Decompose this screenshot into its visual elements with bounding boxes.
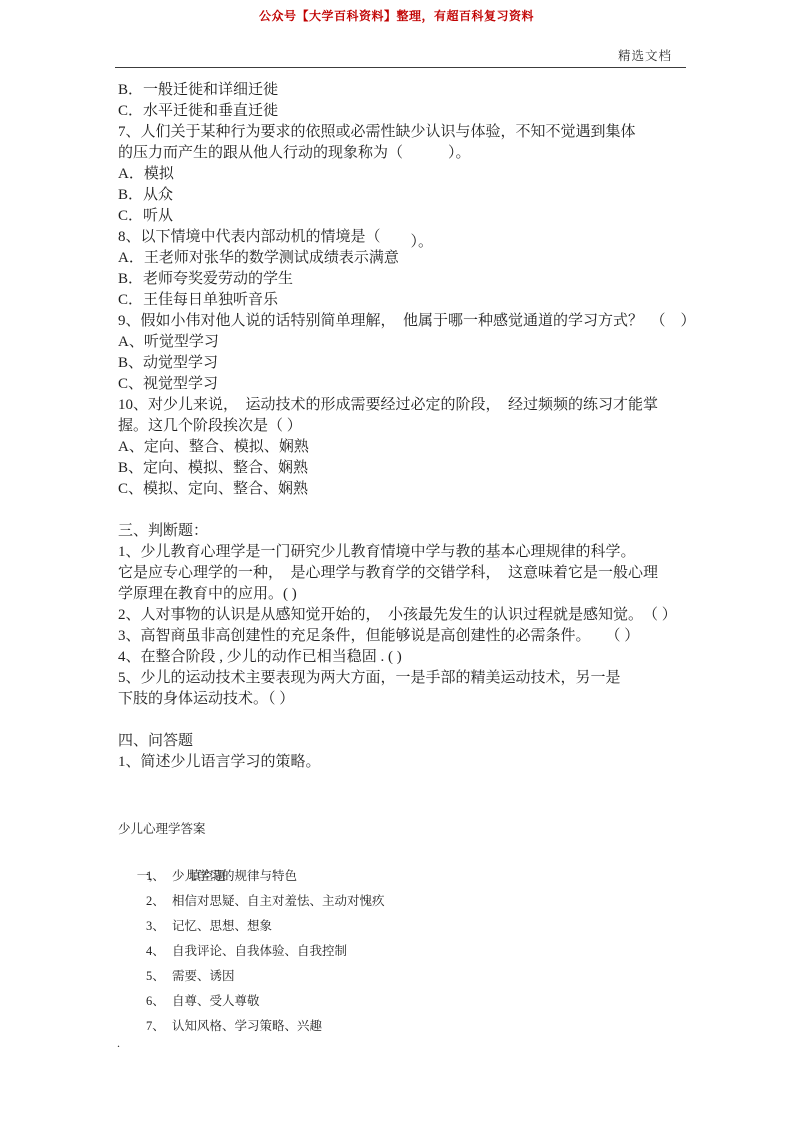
text-line: C．王佳每日单独听音乐 [118,290,708,311]
answers-section-heading: 一,填空题 [118,840,678,864]
answer-item: 1、少儿学习的规律与特色 [118,864,678,889]
header-divider [115,67,686,68]
answer-item-text: 认知风格、学习策略、兴趣 [172,1019,322,1033]
answer-item-text: 自尊、受人尊敬 [172,994,260,1008]
text-line: 10、对少儿来说， 运动技术的形成需要经过必定的阶段， 经过频频的练习才能掌 [118,395,708,416]
dropped-text: ）。 [411,232,434,253]
text-line: C、模拟、定向、整合、娴熟 [118,479,708,500]
answer-item-number: 6、 [146,989,172,1014]
answer-item-text: 需要、诱因 [172,969,235,983]
text-line: 四、问答题 [118,731,708,752]
answer-item-number: 5、 [146,964,172,989]
answer-item-text: 相信对思疑、自主对羞怯、主动对愧疚 [172,894,385,908]
text-line: 8、以下情境中代表内部动机的情境是（）。 [118,227,708,248]
text-line: 三、判断题： [118,521,708,542]
text-line: 2、人对事物的认识是从感知觉开始的， 小孩最先发生的认识过程就是感知觉。 （ ） [118,605,708,626]
blank-line [118,500,708,521]
answer-item-number: 7、 [146,1014,172,1039]
text-line: 下肢的身体运动技术。（ ） [118,689,708,710]
answer-item-number: 2、 [146,889,172,914]
text-line: B、定向、模拟、整合、娴熟 [118,458,708,479]
text-line: 握。这几个阶段挨次是（ ） [118,416,708,437]
text-line: 5、少儿的运动技术主要表现为两大方面，一是手部的精美运动技术，另一是 [118,668,708,689]
text-line: A、定向、整合、模拟、娴熟 [118,437,708,458]
text-line: B、动觉型学习 [118,353,708,374]
answer-item-text: 少儿学习的规律与特色 [172,869,297,883]
text-line: A．模拟 [118,164,708,185]
answer-item: 2、相信对思疑、自主对羞怯、主动对愧疚 [118,889,678,914]
answer-item-number: 1、 [146,864,172,889]
answer-item-text: 记忆、思想、想象 [172,919,272,933]
answer-item: 7、认知风格、学习策略、兴趣 [118,1014,678,1039]
document-page: 公众号【大学百科资料】整理，有超百科复习资料 精选文档 B．一般迁徙和详细迁徙C… [0,0,793,1122]
answer-item: 6、自尊、受人尊敬 [118,989,678,1014]
text-line: 1、简述少儿语言学习的策略。 [118,752,708,773]
text-line: 9、假如小伟对他人说的话特别简单理解， 他属于哪一种感觉通道的学习方式？ （ ） [118,311,708,332]
text-line: B．老师夸奖爱劳动的学生 [118,269,708,290]
text-line: C．水平迁徙和垂直迁徙 [118,101,708,122]
answer-item-text: 自我评论、自我体验、自我控制 [172,944,347,958]
answer-item: 3、记忆、思想、想象 [118,914,678,939]
text-line: B．一般迁徙和详细迁徙 [118,80,708,101]
stray-period: . [117,1036,120,1051]
text-line: C．听从 [118,206,708,227]
answers-title: 少儿心理学答案 [118,818,678,840]
blank-line [118,710,708,731]
text-line: 学原理在教育中的应用。( ) [118,584,708,605]
document-body: B．一般迁徙和详细迁徙C．水平迁徙和垂直迁徙7、人们关于某种行为要求的依照或必需… [118,80,708,773]
text-line: 它是应专心理学的一种， 是心理学与教育学的交错学科， 这意味着它是一般心理 [118,563,708,584]
answer-item: 4、自我评论、自我体验、自我控制 [118,939,678,964]
answer-item-number: 4、 [146,939,172,964]
text-line: 的压力而产生的跟从他人行动的现象称为（ ）。 [118,143,708,164]
answer-item: 5、需要、诱因 [118,964,678,989]
text-line: 7、人们关于某种行为要求的依照或必需性缺少认识与体验，不知不觉遇到集体 [118,122,708,143]
answers-list: 1、少儿学习的规律与特色2、相信对思疑、自主对羞怯、主动对愧疚3、记忆、思想、想… [118,864,678,1039]
text-line: B．从众 [118,185,708,206]
text-line: 4、在整合阶段 , 少儿的动作已相当稳固 . ( ) [118,647,708,668]
answers-section: 少儿心理学答案 一,填空题 1、少儿学习的规律与特色2、相信对思疑、自主对羞怯、… [118,818,678,1039]
answer-item-number: 3、 [146,914,172,939]
text-line: 1、少儿教育心理学是一门研究少儿教育情境中学与教的基本心理规律的科学。 [118,542,708,563]
header-notice: 公众号【大学百科资料】整理，有超百科复习资料 [0,7,793,24]
header-doc-label: 精选文档 [618,46,672,64]
text-line: C、视觉型学习 [118,374,708,395]
text-line: 3、高智商虽非高创建性的充足条件，但能够说是高创建性的必需条件。 （ ） [118,626,708,647]
text-line: A、听觉型学习 [118,332,708,353]
